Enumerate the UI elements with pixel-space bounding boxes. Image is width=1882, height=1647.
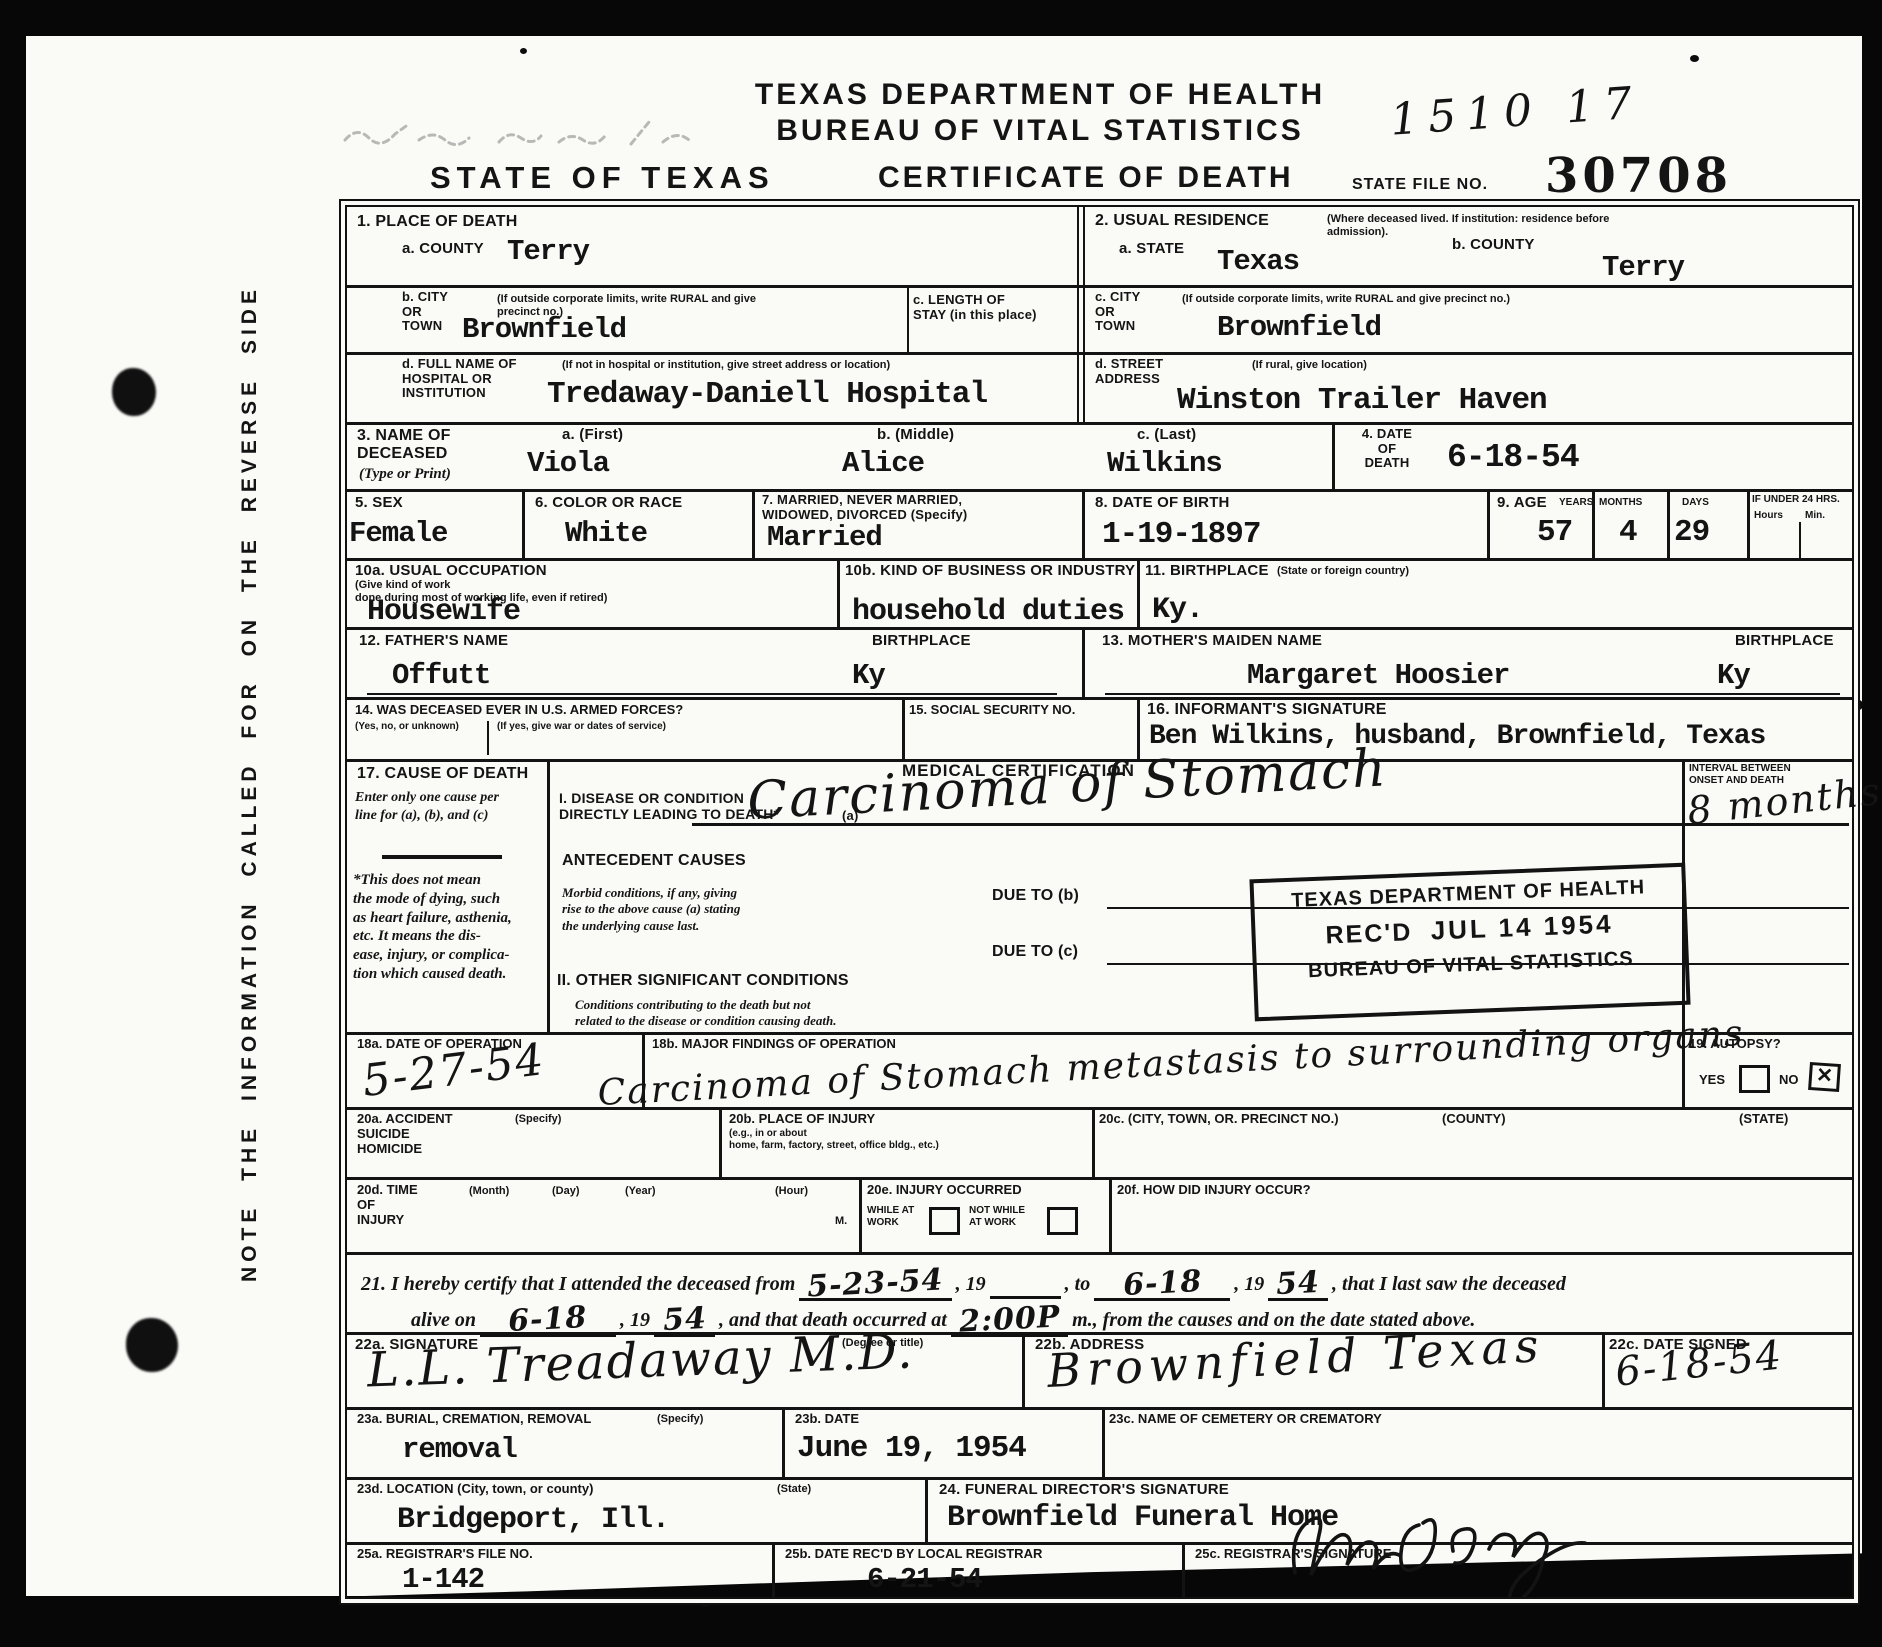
certify-statement-line1: 21. I hereby certify that I attended the… bbox=[361, 1263, 1566, 1301]
field-17-ii-label: II. OTHER SIGNIFICANT CONDITIONS bbox=[557, 972, 849, 990]
field-10b-label: 10b. KIND OF BUSINESS OR INDUSTRY bbox=[845, 563, 1135, 580]
field-14-note2: (If yes, give war or dates of service) bbox=[497, 721, 697, 733]
certify-hw-time: 2:00P bbox=[958, 1299, 1061, 1339]
field-12-label: 12. FATHER'S NAME bbox=[359, 633, 508, 650]
field-1d-label: d. FULL NAME OF HOSPITAL OR INSTITUTION bbox=[402, 357, 517, 401]
field-23a-label: 23a. BURIAL, CREMATION, REMOVAL bbox=[357, 1412, 591, 1427]
field-20b-note: (e.g., in or about home, farm, factory, … bbox=[729, 1128, 1089, 1151]
field-13-bp: Ky bbox=[1717, 659, 1750, 692]
field-12-bp-label: BIRTHPLACE bbox=[872, 633, 971, 650]
certificate-form: 1. PLACE OF DEATH a. COUNTY Terry 2. USU… bbox=[345, 205, 1854, 1599]
scanned-death-certificate: NOTE THE INFORMATION CALLED FOR ON THE R… bbox=[0, 0, 1882, 1647]
hole-punch-top bbox=[112, 368, 156, 416]
due-to-c-label: DUE TO (c) bbox=[992, 943, 1078, 961]
field-2b-value: Terry bbox=[1602, 251, 1684, 284]
field-20e-label: 20e. INJURY OCCURRED bbox=[867, 1183, 1022, 1198]
field-17a-handwriting: Carcinoma of Stomach bbox=[746, 738, 1389, 831]
autopsy-yes-checkbox bbox=[1739, 1065, 1770, 1093]
autopsy-no-checkbox: ✕ bbox=[1808, 1062, 1841, 1092]
due-to-b-label: DUE TO (b) bbox=[992, 887, 1079, 905]
field-2b-label: b. COUNTY bbox=[1452, 237, 1535, 254]
field-3a-value: Viola bbox=[527, 447, 609, 480]
field-13-name: Margaret Hoosier bbox=[1247, 659, 1509, 692]
field-20d-year: (Year) bbox=[625, 1185, 656, 1198]
field-20c-label: 20c. (CITY, TOWN, OR. PRECINCT NO.) bbox=[1099, 1112, 1339, 1127]
while-at-work-checkbox bbox=[929, 1207, 960, 1235]
field-17-note2: *This does not mean the mode of dying, s… bbox=[353, 871, 545, 984]
certify-text: , to bbox=[1065, 1273, 1091, 1296]
field-9-label: 9. AGE bbox=[1497, 495, 1547, 512]
field-2d-note: (If rural, give location) bbox=[1252, 359, 1367, 372]
state-of-texas-title: STATE OF TEXAS bbox=[430, 160, 775, 196]
field-8-label: 8. DATE OF BIRTH bbox=[1095, 495, 1230, 512]
field-10a-value: Housewife bbox=[367, 595, 520, 629]
field-25b-value: 6-21-54 bbox=[867, 1563, 982, 1596]
field-1a-value: Terry bbox=[507, 235, 589, 268]
field-20d-month: (Month) bbox=[469, 1185, 509, 1198]
field-19-label: 19. AUTOPSY? bbox=[1689, 1037, 1781, 1052]
field-20d-day: (Day) bbox=[552, 1185, 580, 1198]
field-1a-label: a. COUNTY bbox=[402, 241, 484, 258]
reverse-side-note: NOTE THE INFORMATION CALLED FOR ON THE R… bbox=[238, 372, 280, 1282]
certificate-title: CERTIFICATE OF DEATH bbox=[878, 161, 1294, 195]
field-1b-label: b. CITY OR TOWN bbox=[402, 290, 448, 334]
certify-text: alive on bbox=[411, 1309, 476, 1332]
field-20d-hour: (Hour) bbox=[775, 1185, 808, 1198]
field-2d-value: Winston Trailer Haven bbox=[1177, 383, 1547, 418]
field-9-days-label: DAYS bbox=[1682, 497, 1709, 509]
field-7-value: Married bbox=[767, 521, 882, 554]
certify-hw-alive-date: 6-18 bbox=[508, 1300, 589, 1339]
field-2-title-note: (Where deceased lived. If institution: r… bbox=[1327, 213, 1747, 239]
field-9-months-label: MONTHS bbox=[1599, 497, 1642, 509]
field-16-label: 16. INFORMANT'S SIGNATURE bbox=[1147, 701, 1387, 719]
field-11-label: 11. BIRTHPLACE bbox=[1145, 563, 1269, 580]
field-3b-value: Alice bbox=[842, 447, 924, 480]
certify-text: , that I last saw the deceased bbox=[1332, 1273, 1566, 1296]
field-9-hours-label: Hours bbox=[1754, 510, 1783, 522]
state-file-no-label: STATE FILE NO. bbox=[1352, 176, 1488, 194]
not-while-at-work-checkbox bbox=[1047, 1207, 1078, 1235]
field-20c-county: (COUNTY) bbox=[1442, 1112, 1506, 1127]
stamp-line3: BUREAU OF VITAL STATISTICS bbox=[1257, 946, 1686, 985]
state-file-no-value: 30708 bbox=[1545, 148, 1732, 204]
field-18b-label: 18b. MAJOR FINDINGS OF OPERATION bbox=[652, 1037, 896, 1052]
field-5-label: 5. SEX bbox=[355, 495, 403, 512]
field-2-title: 2. USUAL RESIDENCE bbox=[1095, 212, 1269, 230]
field-20d-label: 20d. TIME OF INJURY bbox=[357, 1183, 418, 1228]
field-9-years: 57 bbox=[1537, 515, 1572, 550]
field-3-label2: (Type or Print) bbox=[359, 465, 451, 484]
field-23b-value: June 19, 1954 bbox=[797, 1431, 1026, 1466]
field-10a-label: 10a. USUAL OCCUPATION bbox=[355, 563, 547, 580]
field-20e-while-label: WHILE AT WORK bbox=[867, 1205, 914, 1228]
field-2a-label: a. STATE bbox=[1119, 241, 1184, 258]
field-9-min-label: Min. bbox=[1805, 510, 1825, 522]
field-17-label: 17. CAUSE OF DEATH bbox=[357, 765, 528, 783]
scan-speck bbox=[520, 48, 527, 54]
morbid-note: Morbid conditions, if any, giving rise t… bbox=[562, 885, 740, 934]
field-1c-label: c. LENGTH OF STAY (in this place) bbox=[913, 293, 1037, 322]
field-6-label: 6. COLOR OR RACE bbox=[535, 495, 682, 512]
field-10b-value: household duties bbox=[852, 595, 1124, 629]
field-20e-notwhile-label: NOT WHILE AT WORK bbox=[969, 1205, 1025, 1228]
field-3c-value: Wilkins bbox=[1107, 447, 1222, 480]
field-9-days: 29 bbox=[1674, 515, 1709, 550]
field-20c-state: (STATE) bbox=[1739, 1112, 1788, 1127]
stamp-recd: REC'D bbox=[1325, 918, 1413, 949]
field-20a-specify: (Specify) bbox=[515, 1113, 561, 1126]
field-4-value: 6-18-54 bbox=[1447, 439, 1579, 476]
field-24-label: 24. FUNERAL DIRECTOR'S SIGNATURE bbox=[939, 1482, 1229, 1499]
field-12-bp: Ky bbox=[852, 659, 885, 692]
field-11-note: (State or foreign country) bbox=[1277, 565, 1409, 578]
field-20a-label: 20a. ACCIDENT SUICIDE HOMICIDE bbox=[357, 1112, 453, 1157]
field-17-ii-note: Conditions contributing to the death but… bbox=[575, 997, 836, 1030]
certify-text: 21. I hereby certify that I attended the… bbox=[361, 1273, 795, 1296]
field-23d-state: (State) bbox=[777, 1483, 811, 1496]
field-9-under-label: IF UNDER 24 HRS. bbox=[1752, 494, 1847, 506]
certify-text: , 19 bbox=[620, 1309, 650, 1332]
field-14-note1: (Yes, no, or unknown) bbox=[355, 721, 459, 733]
scan-speck bbox=[1855, 700, 1863, 710]
field-23b-label: 23b. DATE bbox=[795, 1412, 859, 1427]
field-25b-label: 25b. DATE REC'D BY LOCAL REGISTRAR bbox=[785, 1547, 1042, 1562]
certify-hw-to-date: 6-18 bbox=[1122, 1264, 1203, 1303]
field-1d-value: Tredaway-Daniell Hospital bbox=[547, 377, 987, 412]
field-3-label: 3. NAME OF DECEASED bbox=[357, 427, 451, 463]
field-15-label: 15. SOCIAL SECURITY NO. bbox=[909, 703, 1075, 718]
field-20d-m: M. bbox=[835, 1215, 847, 1228]
field-5-value: Female bbox=[349, 517, 447, 550]
autopsy-no-label: NO bbox=[1779, 1073, 1799, 1088]
field-9-months: 4 bbox=[1619, 515, 1637, 550]
scan-speck bbox=[1690, 55, 1699, 62]
scan-speck bbox=[700, 1600, 710, 1607]
field-13-label: 13. MOTHER'S MAIDEN NAME bbox=[1102, 633, 1322, 650]
received-stamp: TEXAS DEPARTMENT OF HEALTH REC'D JUL 14 … bbox=[1249, 863, 1690, 1022]
field-2d-label: d. STREET ADDRESS bbox=[1095, 357, 1163, 386]
field-9-years-label: YEARS bbox=[1559, 497, 1593, 509]
autopsy-yes-label: YES bbox=[1699, 1073, 1725, 1088]
field-23d-label: 23d. LOCATION (City, town, or county) bbox=[357, 1482, 593, 1497]
certify-hw-to-year: 54 bbox=[1275, 1265, 1321, 1302]
field-11-value: Ky. bbox=[1152, 593, 1203, 627]
field-4-label: 4. DATE OF DEATH bbox=[1352, 427, 1422, 471]
certify-text: , 19 bbox=[1234, 1273, 1264, 1296]
field-17-note1: Enter only one cause per line for (a), (… bbox=[355, 789, 499, 824]
field-12-name: Offutt bbox=[392, 659, 490, 692]
right-scan-edge bbox=[1862, 0, 1882, 1647]
field-25a-value: 1-142 bbox=[402, 1563, 484, 1596]
field-3c-label: c. (Last) bbox=[1137, 427, 1196, 444]
field-2a-value: Texas bbox=[1217, 245, 1299, 278]
field-20f-label: 20f. HOW DID INJURY OCCUR? bbox=[1117, 1183, 1311, 1198]
field-1d-note: (If not in hospital or institution, give… bbox=[562, 359, 890, 372]
field-23a-value: removal bbox=[402, 1433, 517, 1466]
stamp-date: JUL 14 1954 bbox=[1430, 908, 1614, 945]
field-25a-label: 25a. REGISTRAR'S FILE NO. bbox=[357, 1547, 533, 1562]
field-2c-note: (If outside corporate limits, write RURA… bbox=[1182, 293, 1802, 306]
certify-text: , 19 bbox=[956, 1273, 986, 1296]
field-3b-label: b. (Middle) bbox=[877, 427, 954, 444]
field-8-value: 1-19-1897 bbox=[1102, 517, 1260, 552]
field-1-title: 1. PLACE OF DEATH bbox=[357, 213, 517, 231]
field-23d-value: Bridgeport, Ill. bbox=[397, 1503, 669, 1537]
antecedent-causes-label: ANTECEDENT CAUSES bbox=[562, 852, 746, 870]
field-2c-value: Brownfield bbox=[1217, 311, 1381, 344]
bureau-title: BUREAU OF VITAL STATISTICS bbox=[680, 114, 1400, 148]
field-2c-label: c. CITY OR TOWN bbox=[1095, 290, 1140, 334]
registrar-signature bbox=[1277, 1495, 1747, 1597]
field-6-value: White bbox=[565, 517, 647, 550]
field-20b-label: 20b. PLACE OF INJURY bbox=[729, 1112, 875, 1127]
field-14-label: 14. WAS DECEASED EVER IN U.S. ARMED FORC… bbox=[355, 703, 895, 718]
field-23c-label: 23c. NAME OF CEMETERY OR CREMATORY bbox=[1109, 1412, 1382, 1427]
hole-punch-bottom bbox=[126, 1318, 178, 1372]
field-3a-label: a. (First) bbox=[562, 427, 623, 444]
dept-title: TEXAS DEPARTMENT OF HEALTH bbox=[680, 78, 1400, 112]
field-1b-value: Brownfield bbox=[462, 313, 626, 346]
field-7-label: 7. MARRIED, NEVER MARRIED, WIDOWED, DIVO… bbox=[762, 493, 967, 522]
field-13-bp-label: BIRTHPLACE bbox=[1735, 633, 1834, 650]
field-23a-specify: (Specify) bbox=[657, 1413, 703, 1426]
